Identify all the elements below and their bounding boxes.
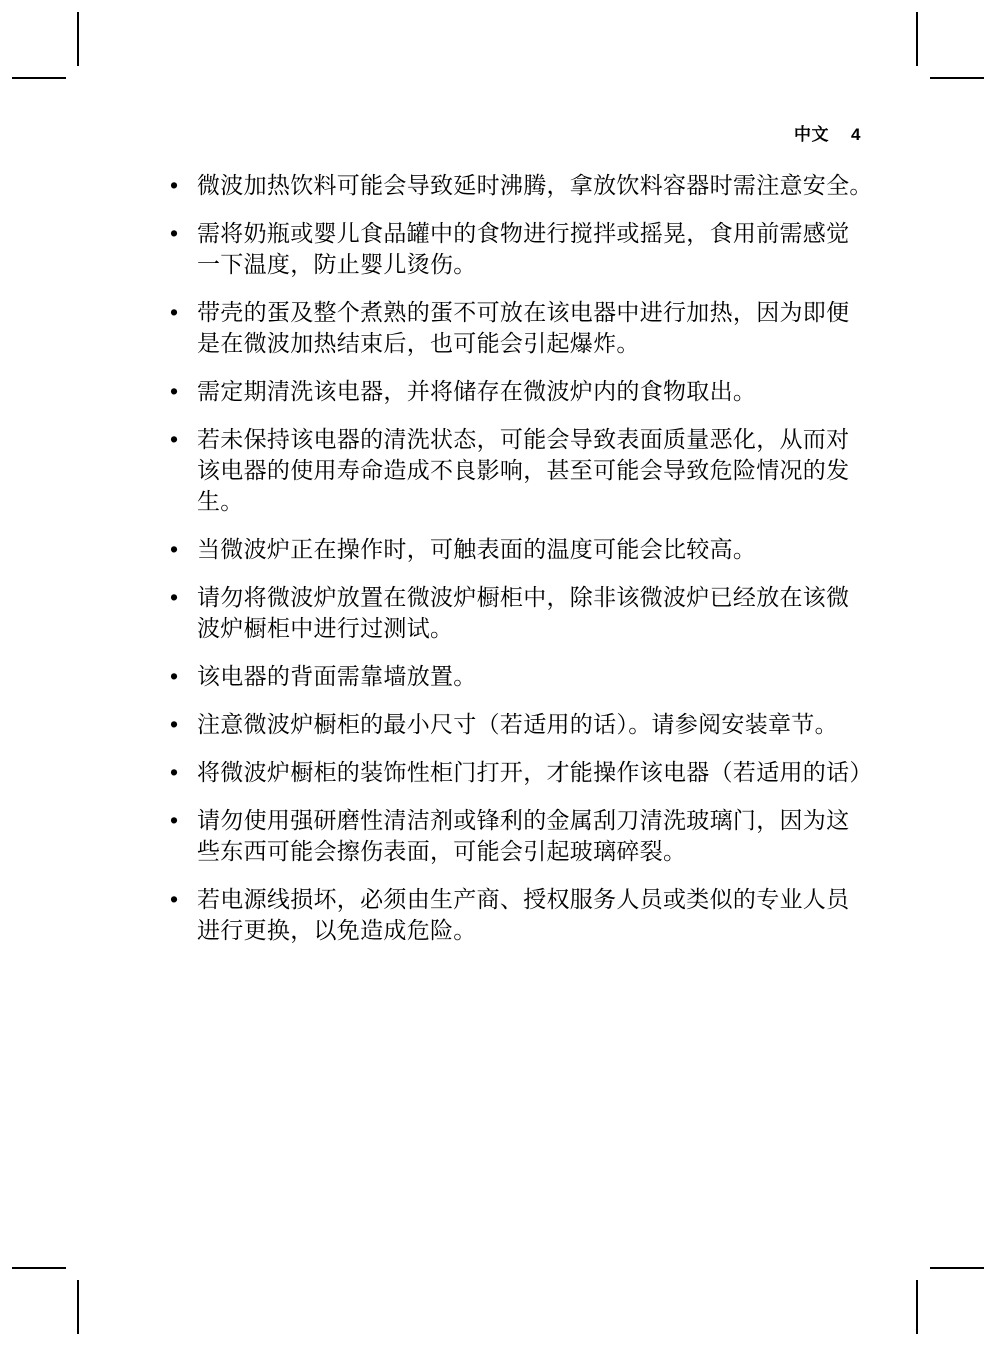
bullet-line: 需将奶瓶或婴儿食品罐中的食物进行搅拌或摇晃，食用前需感觉 <box>197 218 880 249</box>
bullet-line: 生。 <box>197 486 880 517</box>
manual-page: 中文 4 • 微波加热饮料可能会导致延时沸腾，拿放饮料容器时需注意安全。 • 需… <box>0 0 996 1348</box>
crop-mark-bottom-right-vertical <box>916 1280 918 1334</box>
bullet-line: 若电源线损坏，必须由生产商、授权服务人员或类似的专业人员 <box>197 884 880 915</box>
bullet-line: 将微波炉橱柜的装饰性柜门打开，才能操作该电器（若适用的话） <box>197 757 880 788</box>
bullet-line: 波炉橱柜中进行过测试。 <box>197 613 880 644</box>
crop-mark-top-left-horizontal <box>12 77 66 79</box>
page-header: 中文 4 <box>794 120 861 145</box>
bullet-item: • 需定期清洗该电器，并将储存在微波炉内的食物取出。 <box>170 376 880 407</box>
bullet-line: 若未保持该电器的清洗状态，可能会导致表面质量恶化，从而对 <box>197 424 880 455</box>
bullet-line: 请勿将微波炉放置在微波炉橱柜中，除非该微波炉已经放在该微 <box>197 582 880 613</box>
bullet-item: • 带壳的蛋及整个煮熟的蛋不可放在该电器中进行加热，因为即便 是在微波加热结束后… <box>170 297 880 359</box>
bullet-line: 些东西可能会擦伤表面，可能会引起玻璃碎裂。 <box>197 836 880 867</box>
bullet-item: • 请勿使用强研磨性清洁剂或锋利的金属刮刀清洗玻璃门，因为这 些东西可能会擦伤表… <box>170 805 880 867</box>
bullet-item: • 注意微波炉橱柜的最小尺寸（若适用的话）。请参阅安装章节。 <box>170 709 880 740</box>
crop-mark-bottom-left-vertical <box>77 1280 79 1334</box>
bullet-icon: • <box>170 661 190 692</box>
bullet-item: • 需将奶瓶或婴儿食品罐中的食物进行搅拌或摇晃，食用前需感觉 一下温度，防止婴儿… <box>170 218 880 280</box>
page-number: 4 <box>851 125 861 145</box>
crop-mark-top-left-vertical <box>77 12 79 66</box>
bullet-line: 该电器的使用寿命造成不良影响，甚至可能会导致危险情况的发 <box>197 455 880 486</box>
bullet-line: 当微波炉正在操作时，可触表面的温度可能会比较高。 <box>197 534 880 565</box>
crop-mark-top-right-vertical <box>916 12 918 66</box>
bullet-line: 该电器的背面需靠墙放置。 <box>197 661 880 692</box>
bullet-icon: • <box>170 376 190 407</box>
bullet-icon: • <box>170 170 190 201</box>
bullet-item: • 若未保持该电器的清洗状态，可能会导致表面质量恶化，从而对 该电器的使用寿命造… <box>170 424 880 517</box>
bullet-icon: • <box>170 709 190 740</box>
bullet-line: 需定期清洗该电器，并将储存在微波炉内的食物取出。 <box>197 376 880 407</box>
language-label: 中文 <box>794 120 829 145</box>
bullet-item: • 请勿将微波炉放置在微波炉橱柜中，除非该微波炉已经放在该微 波炉橱柜中进行过测… <box>170 582 880 644</box>
bullet-item: • 该电器的背面需靠墙放置。 <box>170 661 880 692</box>
bullet-line: 带壳的蛋及整个煮熟的蛋不可放在该电器中进行加热，因为即便 <box>197 297 880 328</box>
bullet-icon: • <box>170 757 190 788</box>
bullet-line: 注意微波炉橱柜的最小尺寸（若适用的话）。请参阅安装章节。 <box>197 709 880 740</box>
bullet-line: 是在微波加热结束后，也可能会引起爆炸。 <box>197 328 880 359</box>
bullet-item: • 当微波炉正在操作时，可触表面的温度可能会比较高。 <box>170 534 880 565</box>
bullet-line: 请勿使用强研磨性清洁剂或锋利的金属刮刀清洗玻璃门，因为这 <box>197 805 880 836</box>
bullet-item: • 将微波炉橱柜的装饰性柜门打开，才能操作该电器（若适用的话） <box>170 757 880 788</box>
bullet-item: • 若电源线损坏，必须由生产商、授权服务人员或类似的专业人员 进行更换，以免造成… <box>170 884 880 946</box>
bullet-line: 微波加热饮料可能会导致延时沸腾，拿放饮料容器时需注意安全。 <box>197 170 880 201</box>
bullet-icon: • <box>170 534 190 565</box>
bullet-line: 一下温度，防止婴儿烫伤。 <box>197 249 880 280</box>
bullet-icon: • <box>170 582 190 613</box>
bullet-icon: • <box>170 884 190 915</box>
safety-instruction-list: • 微波加热饮料可能会导致延时沸腾，拿放饮料容器时需注意安全。 • 需将奶瓶或婴… <box>170 170 880 963</box>
bullet-icon: • <box>170 424 190 455</box>
bullet-item: • 微波加热饮料可能会导致延时沸腾，拿放饮料容器时需注意安全。 <box>170 170 880 201</box>
crop-mark-bottom-right-horizontal <box>930 1267 984 1269</box>
crop-mark-bottom-left-horizontal <box>12 1267 66 1269</box>
bullet-line: 进行更换，以免造成危险。 <box>197 915 880 946</box>
bullet-icon: • <box>170 297 190 328</box>
bullet-icon: • <box>170 805 190 836</box>
crop-mark-top-right-horizontal <box>930 77 984 79</box>
bullet-icon: • <box>170 218 190 249</box>
